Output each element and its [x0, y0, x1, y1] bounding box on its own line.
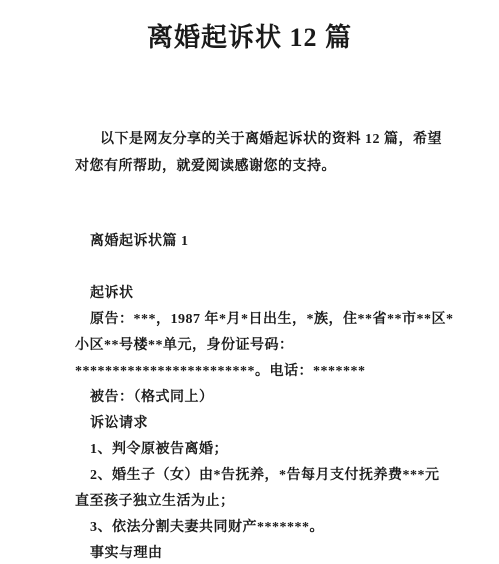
plaintiff-info: 原告：***，1987 年*月*日出生，*族，住**省**市**区*小区**号楼…	[75, 307, 499, 385]
text-line: 被告：（格式同上）	[75, 385, 499, 411]
facts-heading: 事实与理由	[75, 541, 499, 564]
text-line: 起诉状	[75, 281, 499, 307]
text-line: 事实与理由	[75, 541, 499, 564]
text-line: 2、婚生子（女）由*告抚养，*告每月支付抚养费***元	[75, 463, 499, 489]
claim-3: 3、依法分割夫妻共同财产*******。	[75, 515, 499, 541]
text-line: 对您有所帮助，就爱阅读感谢您的支持。	[75, 153, 499, 180]
document-title: 离婚起诉状 12 篇	[0, 16, 499, 60]
document-body: 起诉状原告：***，1987 年*月*日出生，*族，住**省**市**区*小区*…	[0, 281, 499, 564]
complaint-title: 起诉状	[75, 281, 499, 307]
section-heading: 离婚起诉状篇 1	[0, 229, 499, 255]
text-line: 直至孩子独立生活为止；	[75, 489, 499, 515]
text-line: 小区**号楼**单元，身份证号码：	[75, 333, 499, 359]
text-line: 原告：***，1987 年*月*日出生，*族，住**省**市**区*	[75, 307, 499, 333]
text-line: 诉讼请求	[75, 411, 499, 437]
claim-2: 2、婚生子（女）由*告抚养，*告每月支付抚养费***元直至孩子独立生活为止；	[75, 463, 499, 515]
text-line: 3、依法分割夫妻共同财产*******。	[75, 515, 499, 541]
text-line: 以下是网友分享的关于离婚起诉状的资料 12 篇，希望	[75, 126, 499, 153]
document-page: 离婚起诉状 12 篇 以下是网友分享的关于离婚起诉状的资料 12 篇，希望对您有…	[0, 0, 499, 564]
defendant-info: 被告：（格式同上）	[75, 385, 499, 411]
claims-heading: 诉讼请求	[75, 411, 499, 437]
claim-1: 1、判令原被告离婚；	[75, 437, 499, 463]
text-line: 1、判令原被告离婚；	[75, 437, 499, 463]
intro-paragraph: 以下是网友分享的关于离婚起诉状的资料 12 篇，希望对您有所帮助，就爱阅读感谢您…	[0, 126, 499, 180]
text-line: ************************。电话：*******	[75, 359, 499, 385]
